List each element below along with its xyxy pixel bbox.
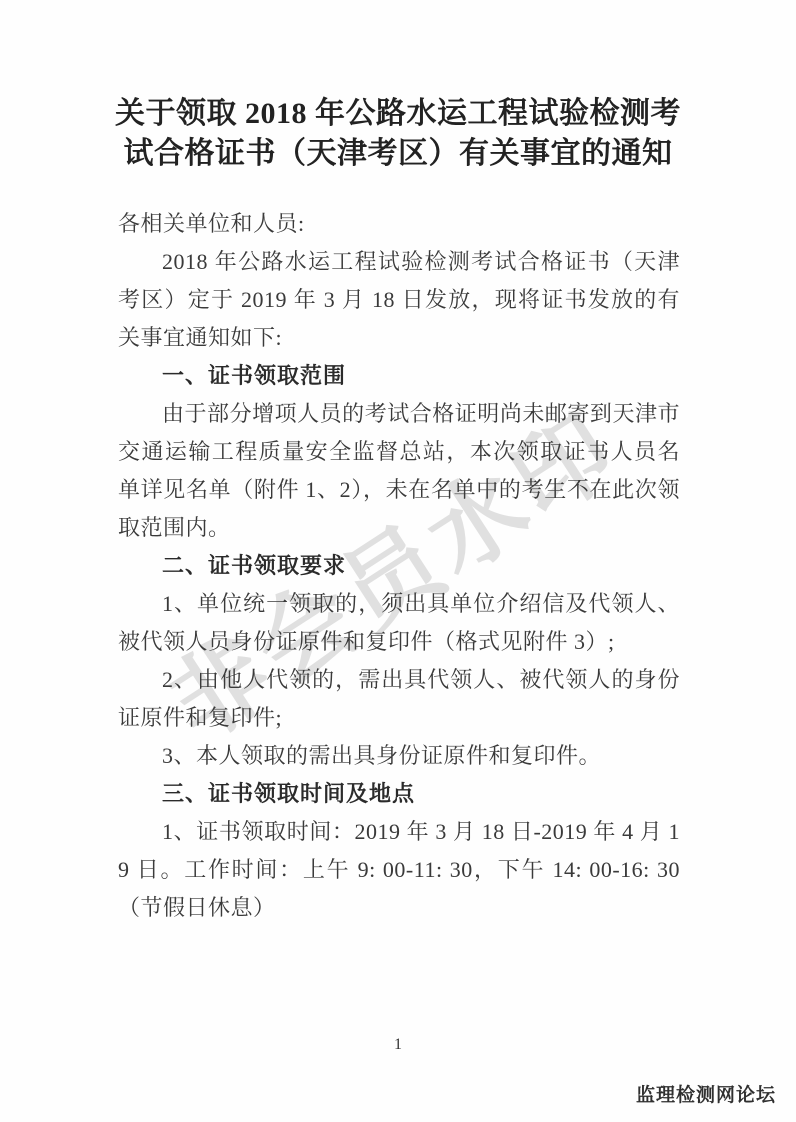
section-2-paragraph-3: 3、本人领取的需出具身份证原件和复印件。 (118, 737, 680, 775)
document-body: 各相关单位和人员: 2018 年公路水运工程试验检测考试合格证书（天津考区）定于… (118, 205, 680, 927)
section-3-heading: 三、证书领取时间及地点 (118, 775, 680, 813)
intro-paragraph: 2018 年公路水运工程试验检测考试合格证书（天津考区）定于 2019 年 3 … (118, 243, 680, 357)
title-line-2: 试合格证书（天津考区）有关事宜的通知 (60, 134, 736, 174)
document-title: 关于领取 2018 年公路水运工程试验检测考 试合格证书（天津考区）有关事宜的通… (60, 94, 736, 174)
page-number: 1 (0, 1036, 796, 1054)
document-page: 非会员水印 关于领取 2018 年公路水运工程试验检测考 试合格证书（天津考区）… (0, 0, 796, 1122)
section-1-paragraph-1: 由于部分增项人员的考试合格证明尚未邮寄到天津市交通运输工程质量安全监督总站，本次… (118, 395, 680, 547)
section-1-heading: 一、证书领取范围 (118, 357, 680, 395)
section-2-heading: 二、证书领取要求 (118, 547, 680, 585)
section-2-paragraph-2: 2、由他人代领的，需出具代领人、被代领人的身份证原件和复印件; (118, 661, 680, 737)
footer-brand: 监理检测网论坛 (636, 1080, 776, 1107)
section-3-paragraph-1: 1、证书领取时间：2019 年 3 月 18 日-2019 年 4 月 19 日… (118, 813, 680, 927)
section-2-paragraph-1: 1、单位统一领取的，须出具单位介绍信及代领人、被代领人员身份证原件和复印件（格式… (118, 585, 680, 661)
title-line-1: 关于领取 2018 年公路水运工程试验检测考 (60, 94, 736, 134)
greeting-line: 各相关单位和人员: (118, 205, 680, 243)
